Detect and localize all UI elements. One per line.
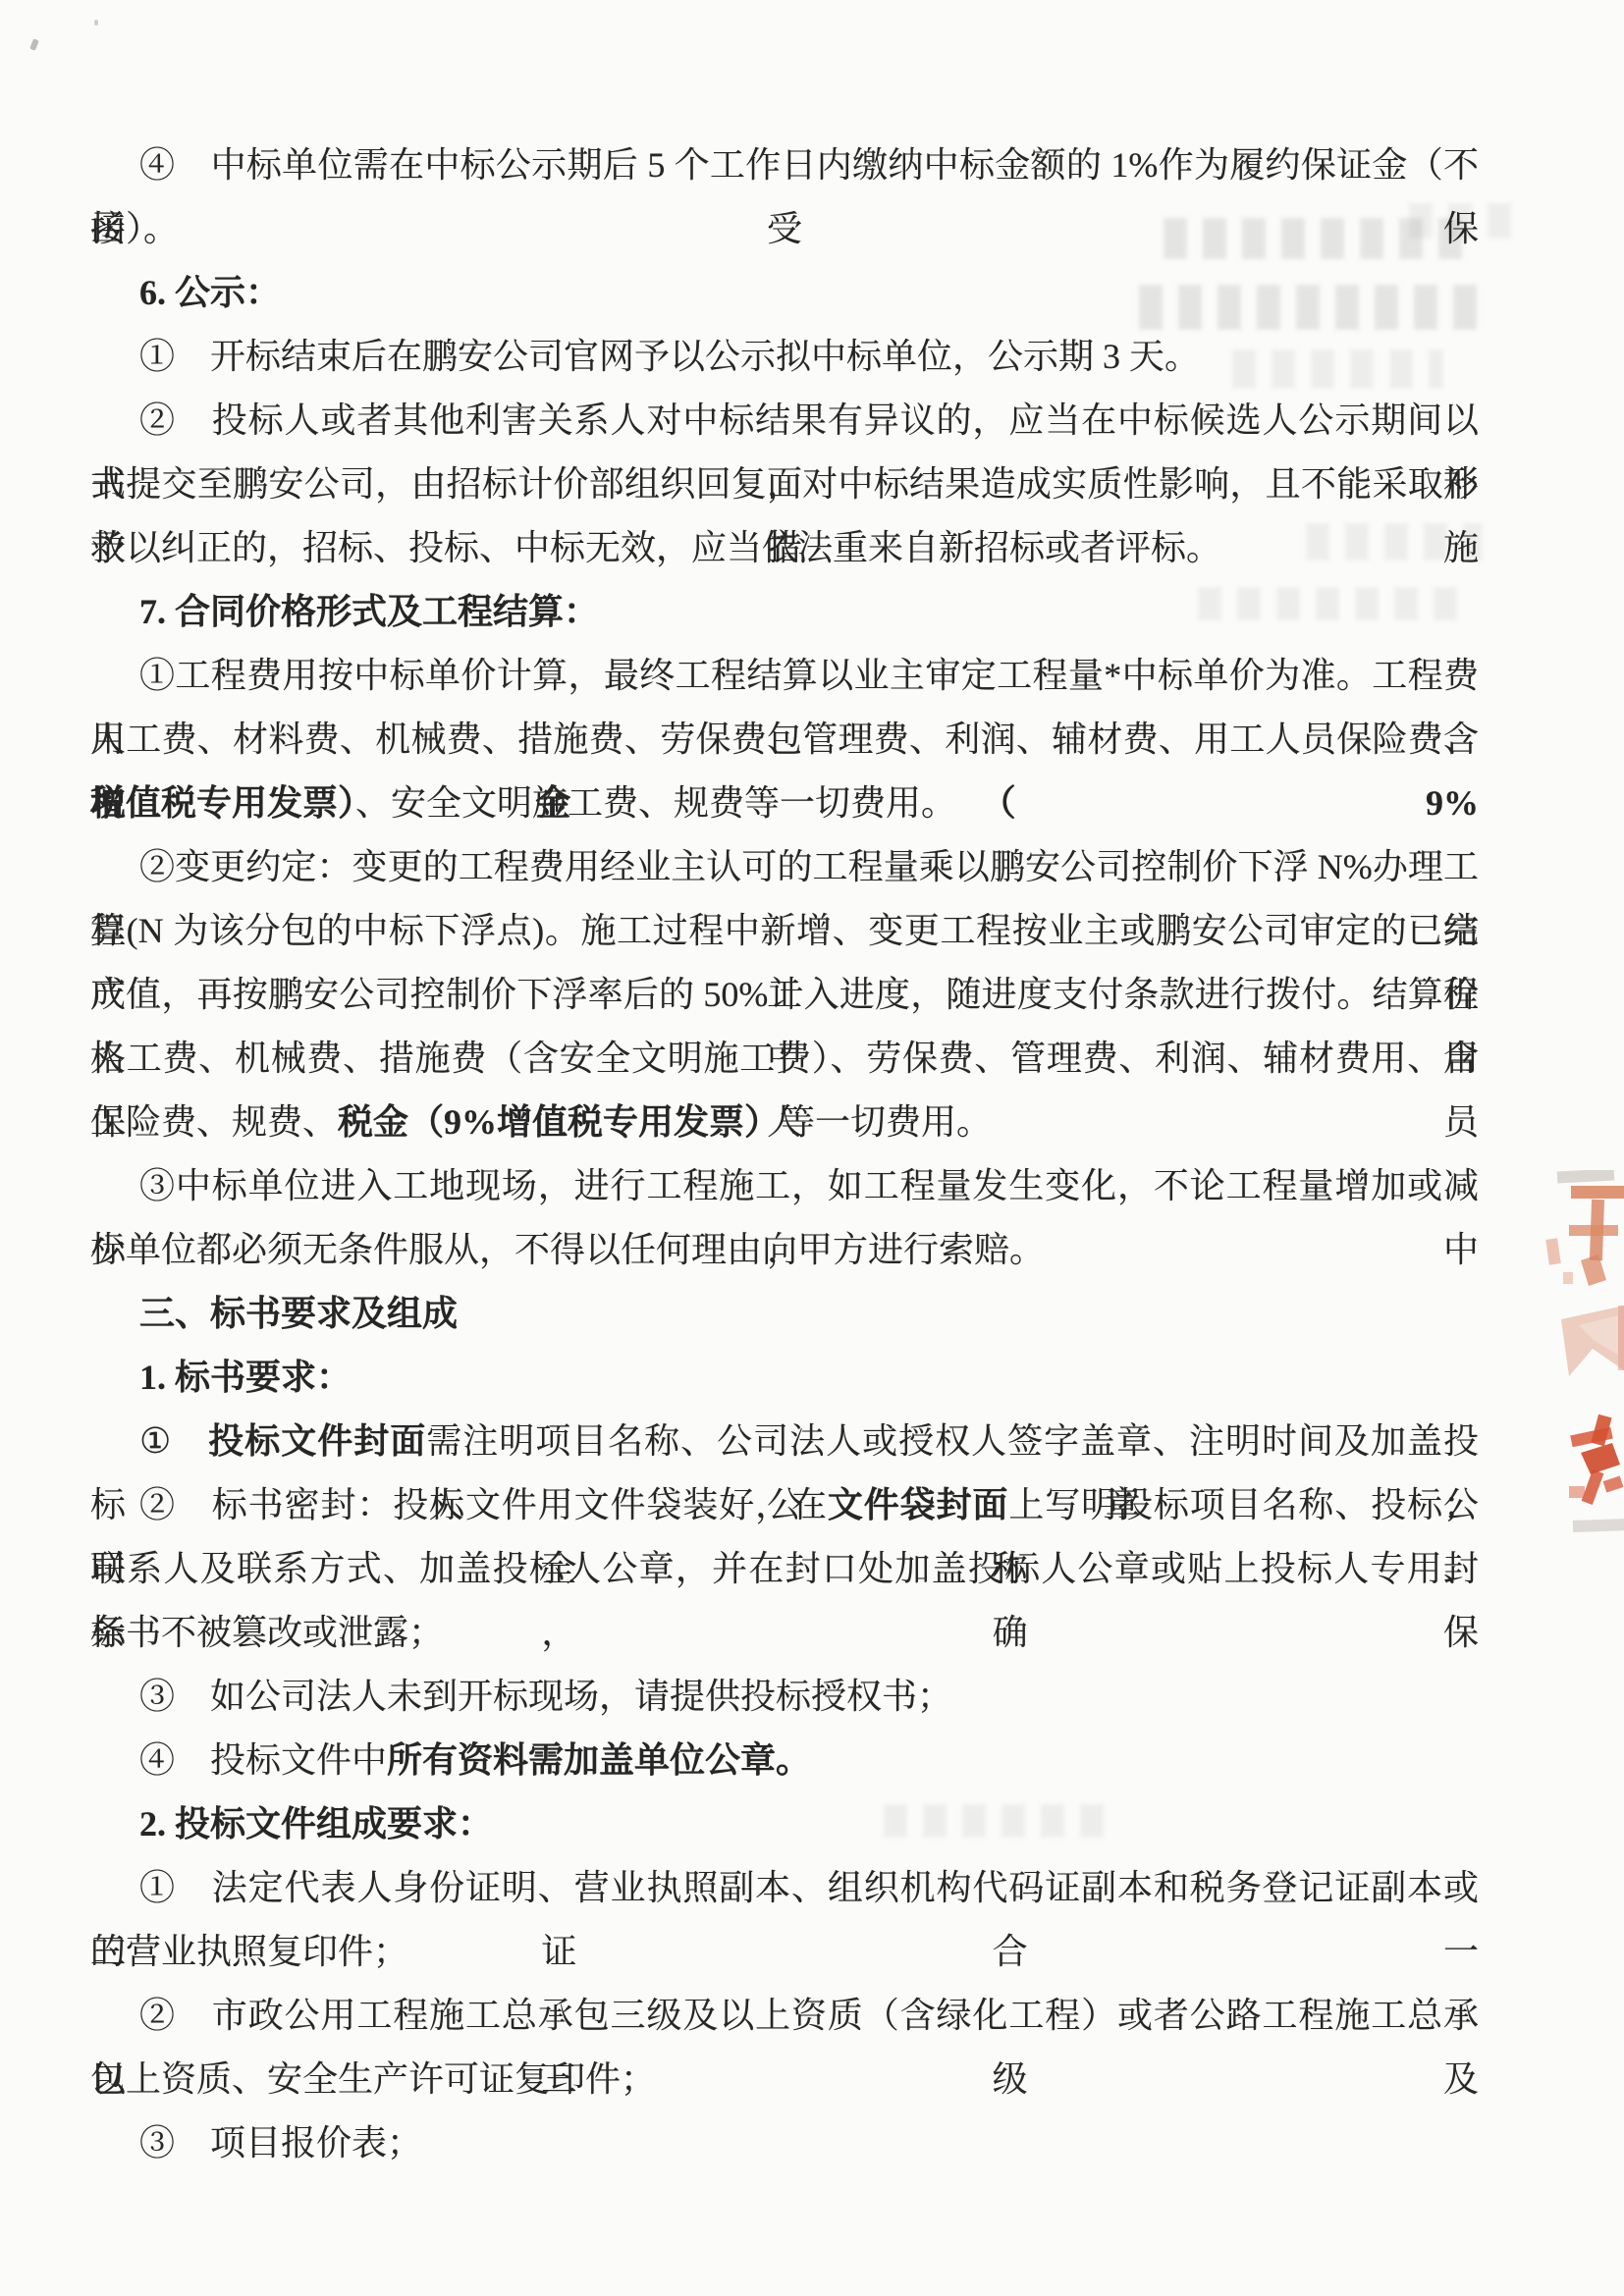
bid-req-item-4: ④ 投标文件中所有资料需加盖单位公章。 bbox=[90, 1729, 1479, 1792]
price-item-2-cont-1: 算(N 为该分包的中标下浮点)。施工过程中新增、变更工程按业主或鹏安公司审定的已… bbox=[90, 899, 1479, 963]
bid-req-item-1: ① 投标文件封面需注明项目名称、公司法人或授权人签字盖章、注明时间及加盖投标人公… bbox=[90, 1410, 1479, 1473]
composition-item-2: ② 市政公用工程施工总承包三级及以上资质（含绿化工程）或者公路工程施工总承包三级… bbox=[90, 1984, 1479, 2048]
bid-req-item-3: ③ 如公司法人未到开标现场，请提供投标授权书； bbox=[90, 1665, 1479, 1729]
publicity-item-1: ① 开标结束后在鹏安公司官网予以公示拟中标单位，公示期 3 天。 bbox=[90, 325, 1479, 389]
text-segment: ② 标书密封：投标文件用文件袋装好，在 bbox=[139, 1485, 828, 1524]
text-segment: ③ 如公司法人未到开标现场，请提供投标授权书； bbox=[139, 1677, 952, 1716]
text-segment: 投标文件封面 bbox=[208, 1421, 426, 1461]
heading-bid-requirement: 1. 标书要求： bbox=[90, 1346, 1479, 1410]
text-segment: 人工费、材料费、机械费、措施费、劳保费、管理费、利润、辅材费、用工人员保险费、 bbox=[90, 720, 1479, 759]
price-item-2-cont-3: 人工费、机械费、措施费（含安全文明施工费）、劳保费、管理费、利润、辅材费用、用工… bbox=[90, 1027, 1479, 1091]
price-item-2-cont-2: 产值，再按鹏安公司控制价下浮率后的 50%计入进度，随进度支付条款进行拨付。结算… bbox=[90, 963, 1479, 1027]
text-segment: ④ 中标单位需在中标公示期后 5 个工作日内缴纳中标金额的 1%作为履约保证金（… bbox=[90, 145, 1479, 248]
bid-req-item-2: ② 标书密封：投标文件用文件袋装好，在文件袋封面上写明投标项目名称、投标公司全称… bbox=[90, 1473, 1479, 1537]
text-segment: 所有资料需加盖单位公章。 bbox=[387, 1740, 811, 1780]
text-segment: 1. 标书要求： bbox=[139, 1358, 352, 1397]
document-body: ④ 中标单位需在中标公示期后 5 个工作日内缴纳中标金额的 1%作为履约保证金（… bbox=[90, 133, 1479, 2175]
publicity-item-2-cont-1: 式提交至鹏安公司，由招标计价部组织回复，对中标结果造成实质性影响，且不能采取补救… bbox=[90, 453, 1479, 516]
price-item-2: ②变更约定：变更的工程费用经业主认可的工程量乘以鹏安公司控制价下浮 N%办理工程… bbox=[90, 835, 1479, 899]
text-segment: ① 开标结束后在鹏安公司官网予以公示拟中标单位，公示期 3 天。 bbox=[139, 337, 1200, 376]
heading-6-publicity: 6. 公示： bbox=[90, 261, 1479, 325]
text-segment: 等一切费用。 bbox=[780, 1102, 992, 1142]
bid-req-item-2-cont-1: 联系人及联系方式、加盖投标人公章，并在封口处加盖投标人公章或贴上投标人专用封条，… bbox=[90, 1537, 1479, 1601]
publicity-item-2: ② 投标人或者其他利害关系人对中标结果有异议的，应当在中标候选人公示期间以书面形 bbox=[90, 389, 1479, 453]
text-segment: 7. 合同价格形式及工程结算： bbox=[139, 592, 599, 631]
text-segment: 函）。 bbox=[90, 209, 179, 248]
price-item-1-cont-1: 人工费、材料费、机械费、措施费、劳保费、管理费、利润、辅材费、用工人员保险费、税… bbox=[90, 708, 1479, 772]
text-segment: 税金（9%增值税专用发票） bbox=[338, 1102, 780, 1142]
text-segment: ③ 项目报价表； bbox=[139, 2123, 422, 2163]
price-item-1: ①工程费用按中标单价计算，最终工程结算以业主审定工程量*中标单价为准。工程费用包… bbox=[90, 644, 1479, 708]
item-4-performance-bond: ④ 中标单位需在中标公示期后 5 个工作日内缴纳中标金额的 1%作为履约保证金（… bbox=[90, 133, 1479, 197]
red-stamp-fragment-bottom bbox=[1561, 1414, 1624, 1541]
text-segment: 保险费、规费、 bbox=[90, 1102, 338, 1142]
heading-bid-composition: 2. 投标文件组成要求： bbox=[90, 1792, 1479, 1856]
text-segment: 标书不被篡改或泄露； bbox=[90, 1613, 444, 1652]
text-segment: 、安全文明施工费、规费等一切费用。 bbox=[355, 783, 956, 823]
text-segment: 以上资质、安全生产许可证复印件； bbox=[90, 2059, 656, 2099]
price-item-3: ③中标单位进入工地现场，进行工程施工，如工程量发生变化，不论工程量增加或减少，中 bbox=[90, 1154, 1479, 1218]
composition-item-3: ③ 项目报价表； bbox=[90, 2111, 1479, 2175]
text-segment: 增值税专用发票） bbox=[90, 783, 355, 823]
text-segment: 三、标书要求及组成 bbox=[139, 1294, 458, 1333]
scanned-document-page: ④ 中标单位需在中标公示期后 5 个工作日内缴纳中标金额的 1%作为履约保证金（… bbox=[0, 0, 1624, 2296]
red-stamp-fragment-top bbox=[1542, 1170, 1624, 1308]
red-stamp-fragment-middle bbox=[1559, 1306, 1624, 1398]
heading-7-contract-price: 7. 合同价格形式及工程结算： bbox=[90, 580, 1479, 644]
text-segment: 文件袋封面 bbox=[828, 1485, 1008, 1524]
text-segment: 的营业执照复印件； bbox=[90, 1932, 408, 1971]
text-segment: ① bbox=[139, 1421, 208, 1461]
text-segment: ④ 投标文件中 bbox=[139, 1740, 387, 1780]
text-segment: 标单位都必须无条件服从，不得以任何理由向甲方进行索赔。 bbox=[90, 1230, 1045, 1269]
text-segment: 2. 投标文件组成要求： bbox=[139, 1804, 493, 1843]
scan-speck bbox=[94, 20, 98, 26]
text-segment: 予以纠正的，招标、投标、中标无效，应当依法重来自新招标或者评标。 bbox=[90, 528, 1221, 567]
scan-speck bbox=[29, 38, 39, 50]
heading-3-bid-document: 三、标书要求及组成 bbox=[90, 1282, 1479, 1346]
text-segment: 6. 公示： bbox=[139, 273, 281, 312]
composition-item-1: ① 法定代表人身份证明、营业执照副本、组织机构代码证副本和税务登记证副本或三证合… bbox=[90, 1856, 1479, 1920]
